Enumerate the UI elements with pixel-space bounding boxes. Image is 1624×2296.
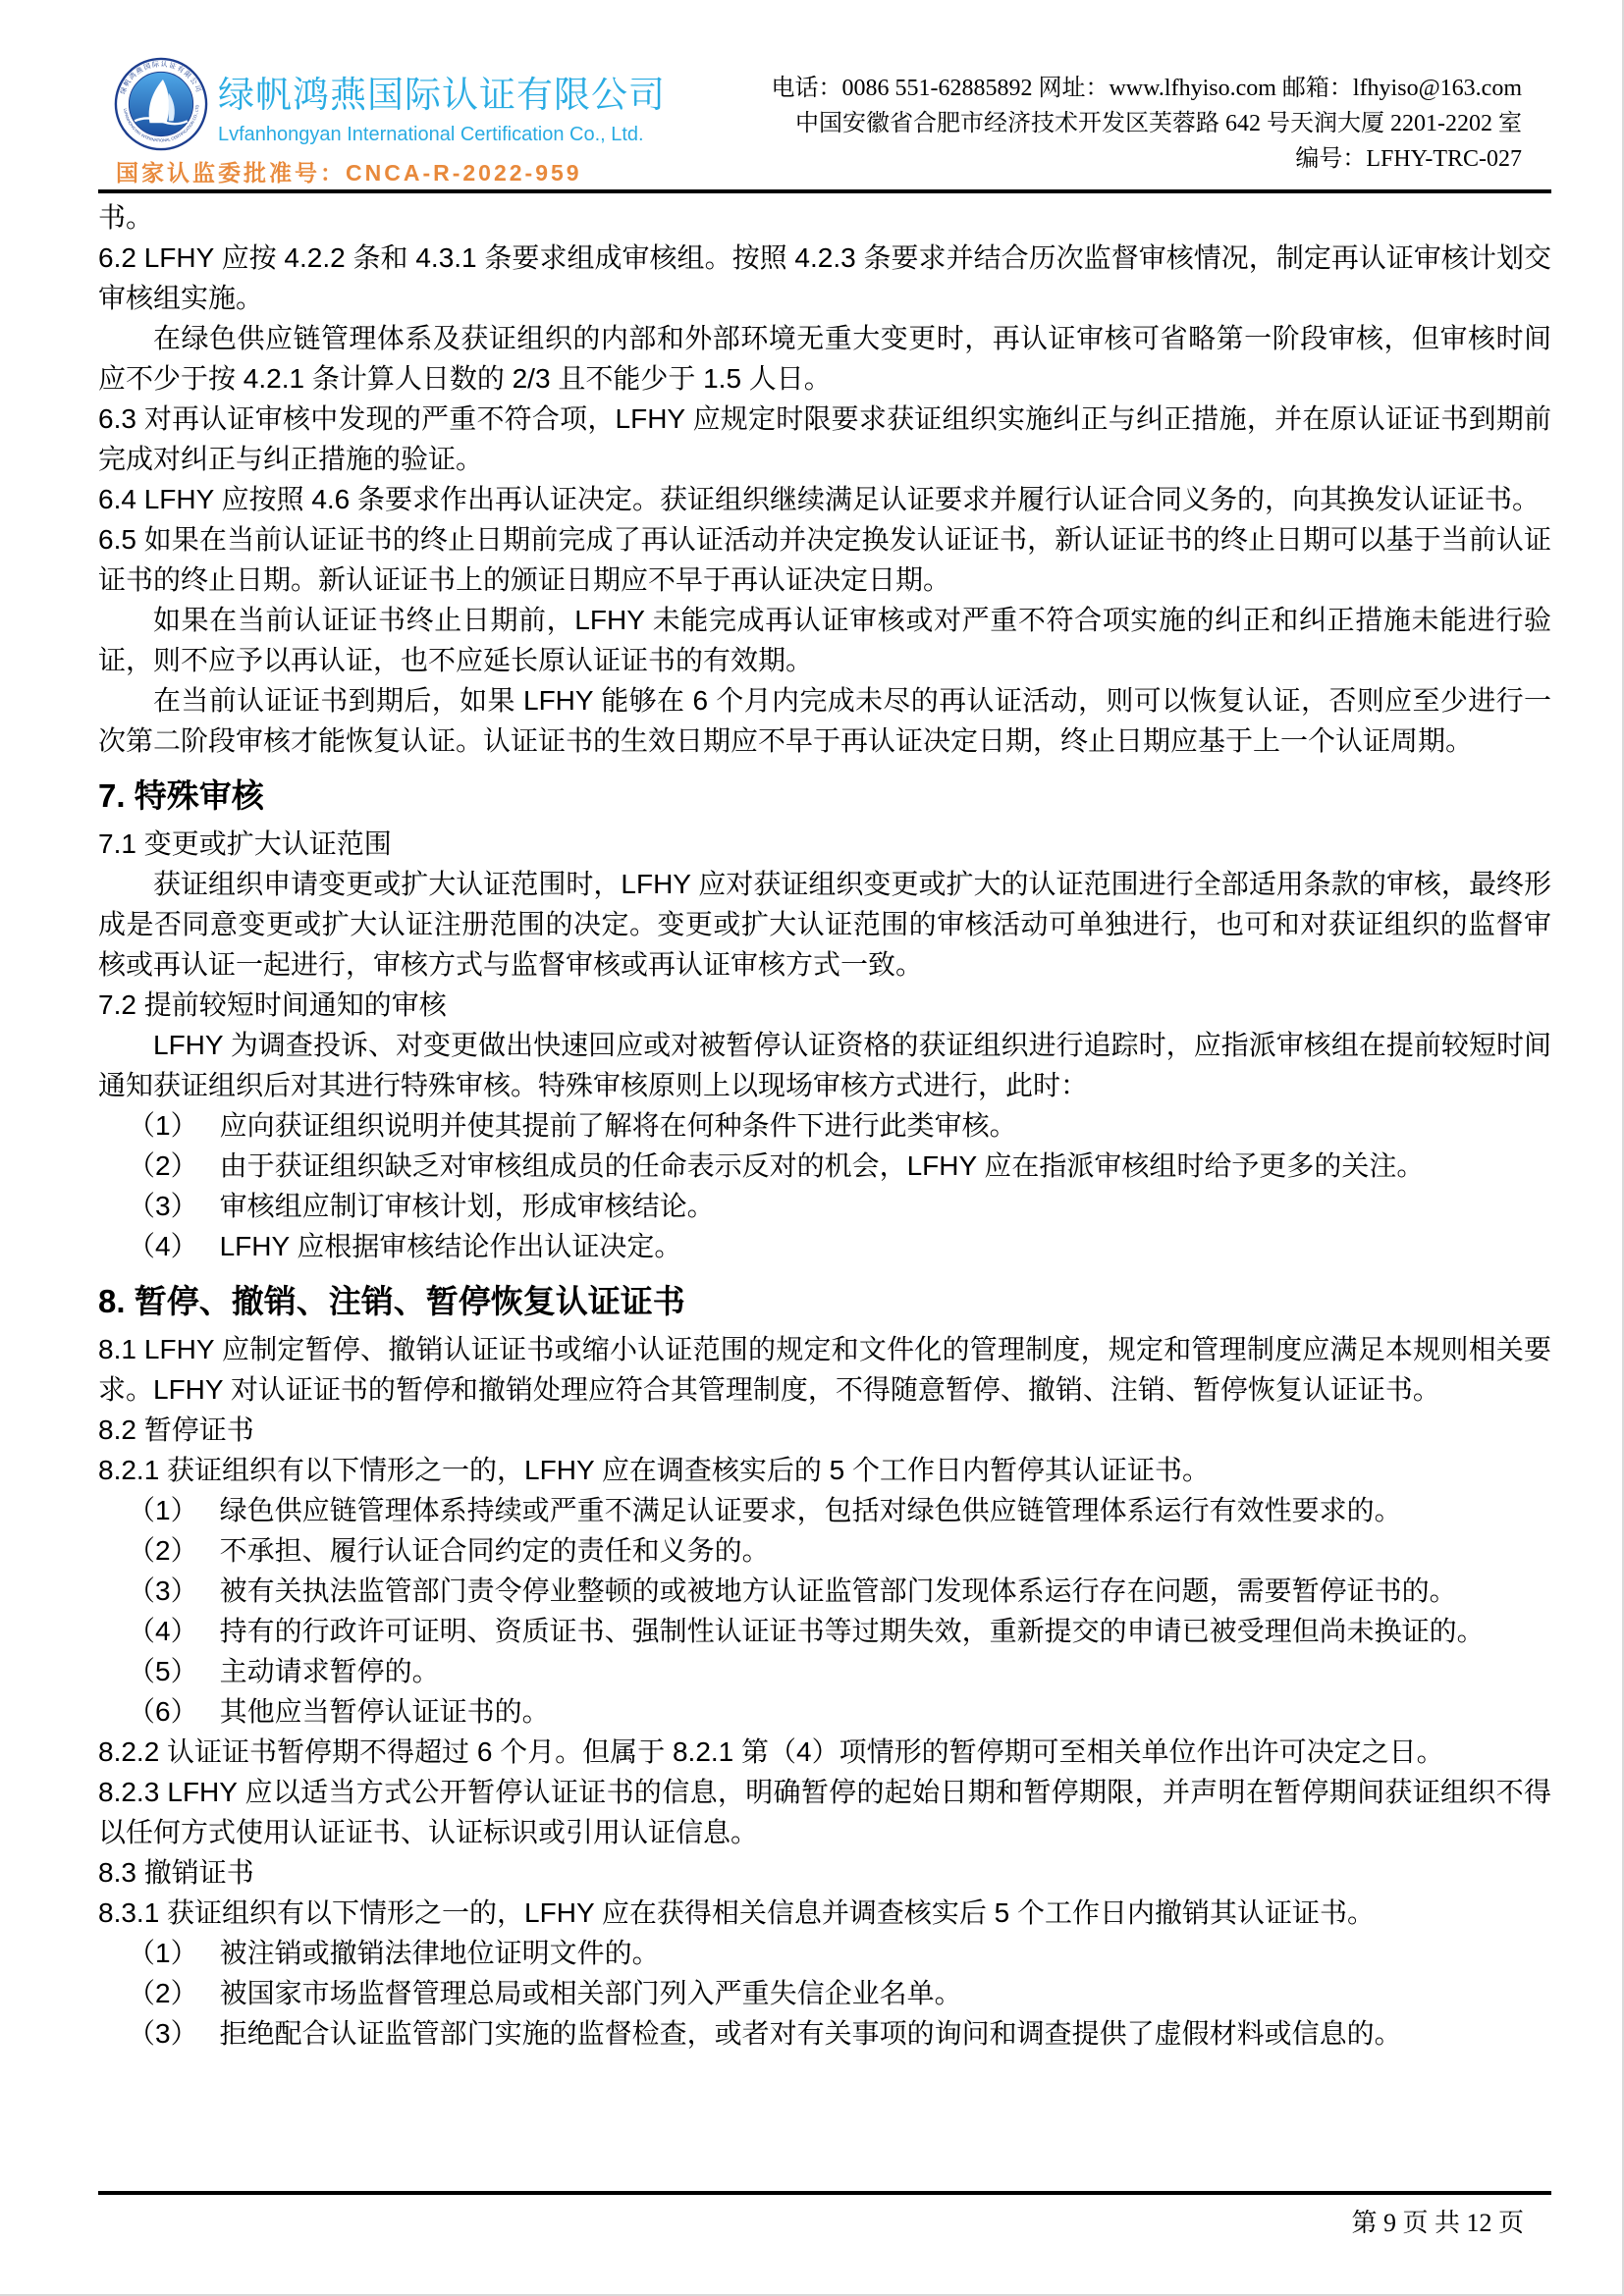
list-item-marker: （4） <box>128 1231 198 1261</box>
paragraph: 7.2 提前较短时间通知的审核 <box>98 985 1551 1025</box>
paragraph: 在绿色供应链管理体系及获证组织的内部和外部环境无重大变更时，再认证审核可省略第一… <box>98 318 1551 399</box>
list-item-marker: （5） <box>128 1656 198 1686</box>
company-logo sailboat-seal-icon: 绿帆鸿燕国际认证有限公司 LVFANHONGYAN INTERNATIONAL … <box>114 57 208 151</box>
list-item-text: 被国家市场监督管理总局或相关部门列入严重失信企业名单。 <box>220 1978 962 2008</box>
paragraph: 7.1 变更或扩大认证范围 <box>98 824 1551 864</box>
list-item-text: 应向获证组织说明并使其提前了解将在何种条件下进行此类审核。 <box>220 1110 1017 1141</box>
list-item-marker: （6） <box>128 1696 198 1727</box>
list-item-text: 被注销或撤销法律地位证明文件的。 <box>220 1938 660 1968</box>
header-contact-block: 电话：0086 551-62885892 网址：www.lfhyiso.com … <box>771 57 1551 177</box>
list-item-text: LFHY 应根据审核结论作出认证决定。 <box>220 1231 682 1261</box>
paragraph: 8.2 暂停证书 <box>98 1410 1551 1450</box>
list-item: （1）被注销或撤销法律地位证明文件的。 <box>98 1933 1551 1973</box>
document-page: 绿帆鸿燕国际认证有限公司 LVFANHONGYAN INTERNATIONAL … <box>0 0 1624 2296</box>
paragraph: 8.2.2 认证证书暂停期不得超过 6 个月。但属于 8.2.1 第（4）项情形… <box>98 1732 1551 1772</box>
list-item: （2）不承担、履行认证合同约定的责任和义务的。 <box>98 1530 1551 1571</box>
list-item: （3）拒绝配合认证监管部门实施的监督检查，或者对有关事项的询问和调查提供了虚假材… <box>98 2013 1551 2054</box>
paragraph: 6.4 LFHY 应按照 4.6 条要求作出再认证决定。获证组织继续满足认证要求… <box>98 479 1551 519</box>
list-item: （4）持有的行政许可证明、资质证书、强制性认证证书等过期失效，重新提交的申请已被… <box>98 1611 1551 1651</box>
approval-number: 国家认监委批准号：CNCA-R-2022-959 <box>116 155 666 187</box>
list-item-marker: （3） <box>128 1191 198 1221</box>
list-item: （1）绿色供应链管理体系持续或严重不满足认证要求，包括对绿色供应链管理体系运行有… <box>98 1490 1551 1530</box>
paragraph: 书。 <box>98 197 1551 238</box>
list-item-text: 不承担、履行认证合同约定的责任和义务的。 <box>220 1535 770 1566</box>
company-name-en: Lvfanhongyan International Certification… <box>218 124 666 146</box>
list-item: （2）被国家市场监督管理总局或相关部门列入严重失信企业名单。 <box>98 1973 1551 2013</box>
paragraph: 6.2 LFHY 应按 4.2.2 条和 4.3.1 条要求组成审核组。按照 4… <box>98 238 1551 318</box>
paragraph: 8.1 LFHY 应制定暂停、撤销认证证书或缩小认证范围的规定和文件化的管理制度… <box>98 1329 1551 1410</box>
doc-number: 编号：LFHY-TRC-027 <box>771 141 1522 177</box>
list-item-marker: （3） <box>128 2018 198 2049</box>
list-item-text: 绿色供应链管理体系持续或严重不满足认证要求，包括对绿色供应链管理体系运行有效性要… <box>220 1495 1402 1525</box>
list-item-text: 主动请求暂停的。 <box>220 1656 440 1686</box>
paragraph: 6.3 对再认证审核中发现的严重不符合项，LFHY 应规定时限要求获证组织实施纠… <box>98 399 1551 479</box>
paragraph: 8.3 撤销证书 <box>98 1852 1551 1893</box>
list-item: （4）LFHY 应根据审核结论作出认证决定。 <box>98 1226 1551 1266</box>
paragraph: 8.3.1 获证组织有以下情形之一的，LFHY 应在获得相关信息并调查核实后 5… <box>98 1893 1551 1933</box>
list-item-text: 其他应当暂停认证证书的。 <box>220 1696 550 1727</box>
list-item-marker: （1） <box>128 1495 198 1525</box>
page-footer: 第 9 页 共 12 页 <box>98 2191 1551 2239</box>
list-item-marker: （3） <box>128 1575 198 1606</box>
company-name-cn: 绿帆鸿燕国际认证有限公司 <box>218 65 666 118</box>
paragraph: 如果在当前认证证书终止日期前，LFHY 未能完成再认证审核或对严重不符合项实施的… <box>98 600 1551 680</box>
section-heading: 7. 特殊审核 <box>98 774 1551 819</box>
list-item-marker: （2） <box>128 1978 198 2008</box>
paragraph: 在当前认证证书到期后，如果 LFHY 能够在 6 个月内完成未尽的再认证活动，则… <box>98 680 1551 761</box>
page-number: 第 9 页 共 12 页 <box>98 2195 1551 2239</box>
list-item: （3）审核组应制订审核计划，形成审核结论。 <box>98 1186 1551 1226</box>
list-item-text: 审核组应制订审核计划，形成审核结论。 <box>220 1191 715 1221</box>
header-brand-block: 绿帆鸿燕国际认证有限公司 LVFANHONGYAN INTERNATIONAL … <box>98 57 666 187</box>
list-item: （6）其他应当暂停认证证书的。 <box>98 1691 1551 1732</box>
paragraph: 8.2.1 获证组织有以下情形之一的，LFHY 应在调查核实后的 5 个工作日内… <box>98 1450 1551 1490</box>
address-line: 中国安徽省合肥市经济技术开发区芙蓉路 642 号天润大厦 2201-2202 室 <box>771 106 1522 141</box>
document-body: 书。6.2 LFHY 应按 4.2.2 条和 4.3.1 条要求组成审核组。按照… <box>98 197 1551 2054</box>
list-item-marker: （1） <box>128 1110 198 1141</box>
list-item-text: 持有的行政许可证明、资质证书、强制性认证证书等过期失效，重新提交的申请已被受理但… <box>220 1616 1485 1646</box>
list-item: （5）主动请求暂停的。 <box>98 1651 1551 1691</box>
contact-line: 电话：0086 551-62885892 网址：www.lfhyiso.com … <box>771 71 1522 106</box>
list-item-marker: （1） <box>128 1938 198 1968</box>
page-header: 绿帆鸿燕国际认证有限公司 LVFANHONGYAN INTERNATIONAL … <box>98 57 1551 187</box>
paragraph: 获证组织申请变更或扩大认证范围时，LFHY 应对获证组织变更或扩大的认证范围进行… <box>98 864 1551 985</box>
list-item-marker: （2） <box>128 1150 198 1181</box>
list-item-text: 拒绝配合认证监管部门实施的监督检查，或者对有关事项的询问和调查提供了虚假材料或信… <box>220 2018 1402 2049</box>
list-item-marker: （4） <box>128 1616 198 1646</box>
list-item: （3）被有关执法监管部门责令停业整顿的或被地方认证监管部门发现体系运行存在问题，… <box>98 1571 1551 1611</box>
list-item-text: 被有关执法监管部门责令停业整顿的或被地方认证监管部门发现体系运行存在问题，需要暂… <box>220 1575 1457 1606</box>
paragraph: LFHY 为调查投诉、对变更做出快速回应或对被暂停认证资格的获证组织进行追踪时，… <box>98 1025 1551 1105</box>
list-item: （1）应向获证组织说明并使其提前了解将在何种条件下进行此类审核。 <box>98 1105 1551 1146</box>
section-heading: 8. 暂停、撤销、注销、暂停恢复认证证书 <box>98 1279 1551 1324</box>
list-item: （2）由于获证组织缺乏对审核组成员的任命表示反对的机会，LFHY 应在指派审核组… <box>98 1146 1551 1186</box>
list-item-text: 由于获证组织缺乏对审核组成员的任命表示反对的机会，LFHY 应在指派审核组时给予… <box>220 1150 1425 1181</box>
paragraph: 8.2.3 LFHY 应以适当方式公开暂停认证证书的信息，明确暂停的起始日期和暂… <box>98 1772 1551 1852</box>
paragraph: 6.5 如果在当前认证证书的终止日期前完成了再认证活动并决定换发认证证书，新认证… <box>98 519 1551 600</box>
header-divider <box>98 189 1551 193</box>
list-item-marker: （2） <box>128 1535 198 1566</box>
